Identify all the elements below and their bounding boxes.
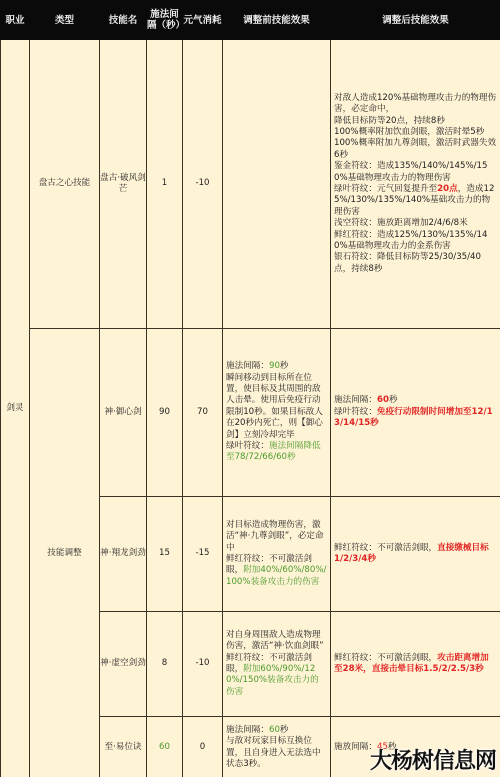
effect-line: 100%概率附加九尊剑眼，激活时武器失效6秒 [334,138,497,161]
cooldown-cell: 90 [147,329,183,497]
effect-text: 秒 [280,725,289,735]
type-cell: 技能调整 [30,329,100,777]
effect-line: 对自身周围敌人造成物理伤害，激活“神·饮血剑眼” [226,630,327,653]
effect-line: 施法间隔：60秒 [226,725,327,736]
effect-line: 瞬间移动到目标所在位置，使目标及其周围的敌人击晕。使用后免疫行动限制10秒。如果… [226,373,327,441]
after-effect-cell: 鲜红符纹：不可激活剑眼，攻击距离增加至28米，直接击晕目标1.5/2/2.5/3… [331,612,500,717]
header-before: 调整前技能效果 [223,1,331,40]
site-watermark: 大杨树信息网 [370,744,496,775]
effect-text: 绿叶符纹：元气回复提升至 [334,184,437,194]
skill-name-cell: 神·虚空剑劲 [100,612,147,717]
header-mana: 元气消耗 [183,1,223,40]
mana-cell: -10 [183,612,223,717]
effect-text: 鲜红符纹：不可激活剑眼， [334,653,437,663]
cooldown-value: 90 [269,361,280,371]
cooldown-cell: 8 [147,612,183,717]
before-effect-cell: 施法间隔：90秒 瞬间移动到目标所在位置，使目标及其周围的敌人击晕。使用后免疫行… [223,329,331,497]
effect-text: 施法间隔： [226,361,269,371]
skill-name-cell: 至·易位诀 [100,717,147,777]
effect-text: 秒 [389,395,398,405]
effect-line: 与敌对玩家目标互换位置，且自身进入无法选中状态3秒。 [226,736,327,770]
header-row: 职业 类型 技能名 施法间隔（秒） 元气消耗 调整前技能效果 调整后技能效果 [1,1,500,40]
skill-name-cell: 神·翔龙剑劲 [100,497,147,612]
table-row: 剑灵 盘古之心技能 盘古·破风剑芒 1 -10 对敌人造成120%基础物理攻击力… [1,40,500,329]
cooldown-cell: 60 [147,717,183,777]
effect-text: 鲜红符纹：不可激活剑眼， [334,543,437,553]
after-effect-cell: 对敌人造成120%基础物理攻击力的物理伤害，必定命中， 降低目标防等20点，持续… [331,40,500,329]
effect-line: 对敌人造成120%基础物理攻击力的物理伤害，必定命中， [334,93,497,116]
effect-line: 浅空符纹：施放距离增加2/4/6/8米 [334,218,497,229]
effect-line: 对目标造成物理伤害，激活“神·九尊剑眼”，必定命中 [226,520,327,554]
mana-cell: 70 [183,329,223,497]
effect-text: 绿叶符纹： [226,441,269,451]
effect-line: 绿叶符纹：施法间隔降低至78/72/66/60秒 [226,441,327,464]
effect-line: 鲜红符纹：不可激活剑眼，直接缴械目标1/2/3/4秒 [334,543,497,566]
header-after: 调整后技能效果 [331,1,500,40]
after-effect-cell: 鲜红符纹：不可激活剑眼，直接缴械目标1/2/3/4秒 [331,497,500,612]
effect-line: 施法间隔：90秒 [226,361,327,372]
effect-line: 降低目标防等20点，持续8秒 [334,116,497,127]
effect-line: 鲜红符纹：不可激活剑眼，附加40%/60%/80%/100%装备攻击力的伤害 [226,554,327,588]
cooldown-value: 60 [269,725,280,735]
effect-line: 鲜红符纹：不可激活剑眼，附加60%/90%/120%/150%装备攻击力的伤害 [226,653,327,699]
header-skill: 技能名 [100,1,147,40]
effect-text: 施法间隔： [334,395,377,405]
type-cell: 盘古之心技能 [30,40,100,329]
cooldown-value: 60 [377,395,389,405]
effect-text: 绿叶符纹： [334,407,377,417]
mana-cell: -10 [183,40,223,329]
effect-line: 银石符纹：降低目标防等25/30/35/40点，持续8秒 [334,252,497,275]
mana-cell: -15 [183,497,223,612]
header-type: 类型 [30,1,100,40]
mana-cell: 0 [183,717,223,777]
skill-name-cell: 神·御心剑 [100,329,147,497]
before-effect-cell: 对自身周围敌人造成物理伤害，激活“神·饮血剑眼” 鲜红符纹：不可激活剑眼，附加6… [223,612,331,717]
effect-text: 施法间隔： [226,725,269,735]
cooldown-cell: 1 [147,40,183,329]
header-cooldown: 施法间隔（秒） [147,1,183,40]
effect-line: 鲜红符纹：造成125%/130%/135%/140%基础物理攻击力的金系伤害 [334,230,497,253]
before-effect-cell [223,40,331,329]
skill-change-table: 职业 类型 技能名 施法间隔（秒） 元气消耗 调整前技能效果 调整后技能效果 剑… [0,0,500,777]
effect-line: 鲜红符纹：不可激活剑眼，攻击距离增加至28米，直接击晕目标1.5/2/2.5/3… [334,653,497,676]
class-cell: 剑灵 [1,40,30,777]
highlight-value: 20点 [437,184,458,194]
before-effect-cell: 施法间隔：60秒 与敌对玩家目标互换位置，且自身进入无法选中状态3秒。 [223,717,331,777]
before-effect-cell: 对目标造成物理伤害，激活“神·九尊剑眼”，必定命中 鲜红符纹：不可激活剑眼，附加… [223,497,331,612]
effect-line: 绿叶符纹：免疫行动限制时间增加至12/13/14/15秒 [334,407,497,430]
skill-name-cell: 盘古·破风剑芒 [100,40,147,329]
table-row: 技能调整 神·御心剑 90 70 施法间隔：90秒 瞬间移动到目标所在位置，使目… [1,329,500,497]
effect-text: 秒 [280,361,289,371]
after-effect-cell: 施法间隔：60秒 绿叶符纹：免疫行动限制时间增加至12/13/14/15秒 [331,329,500,497]
effect-line: 100%概率附加饮血剑眼，激活时晕5秒 [334,127,497,138]
effect-line: 绿叶符纹：元气回复提升至20点，造成125%/130%/135%/140%基础攻… [334,184,497,218]
header-class: 职业 [1,1,30,40]
effect-line: 鉴金符纹：造成135%/140%/145%/150%基础物理攻击力的物理伤害 [334,161,497,184]
effect-line: 施法间隔：60秒 [334,395,497,406]
cooldown-cell: 15 [147,497,183,612]
